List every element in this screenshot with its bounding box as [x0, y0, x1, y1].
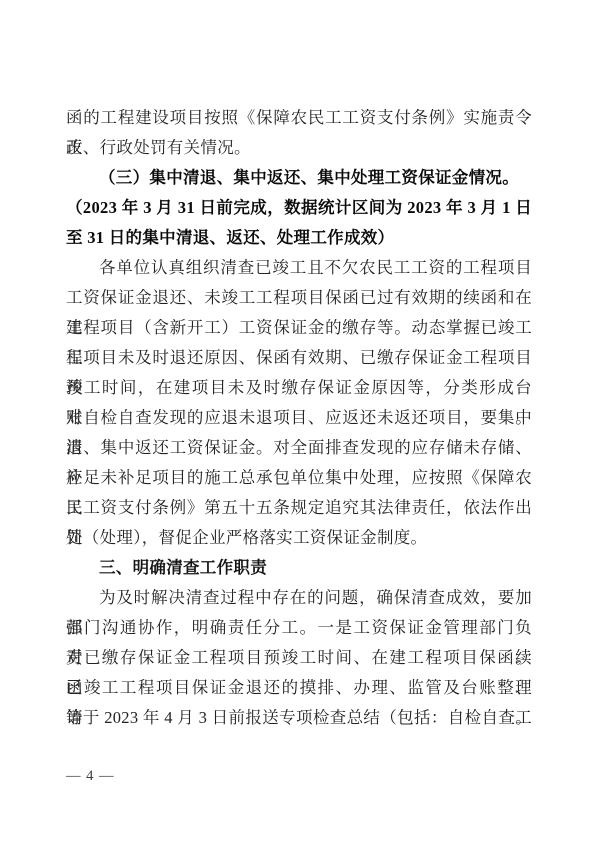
text-line: （2023 年 3 月 31 日前完成，数据统计区间为 2023 年 3 月 1… — [66, 193, 532, 223]
text-line: 部门沟通协作，明确责任分工。一是工资保证金管理部门负责。 — [66, 613, 532, 643]
text-line: （三）集中清退、集中返还、集中处理工资保证金情况。 — [66, 163, 532, 193]
text-line: 工程项目（含新开工）工资保证金的缴存等。动态掌握已竣工工 — [66, 313, 532, 343]
text-line: 程项目未及时退还原因、保函有效期、已缴存保证金工程项目预 — [66, 343, 532, 373]
text-line: 函的工程建设项目按照《保障农民工工资支付条例》实施责令改 — [66, 103, 532, 133]
text-line: 对自检自查发现的应退未退项目、应返还未返还项目，要集中清 — [66, 403, 532, 433]
text-line: 补足未补足项目的施工总承包单位集中处理，应按照《保障农民 — [66, 463, 532, 493]
page-footer: — 4 — — [66, 764, 115, 788]
document-body: 函的工程建设项目按照《保障农民工工资支付条例》实施责令改正、行政处罚有关情况。（… — [66, 103, 532, 733]
text-line: 至 31 日的集中清退、返还、处理工作成效） — [66, 223, 532, 253]
text-line: 已竣工工程项目保证金退还的摸排、办理、监管及台账整理等。 — [66, 673, 532, 703]
page-number: — 4 — — [66, 768, 115, 784]
text-line: 工资保证金退还、未竣工工程项目保函已过有效期的续函和在建 — [66, 283, 532, 313]
section-heading: 三、明确清查工作职责 — [66, 553, 532, 583]
text-line: 工工资支付条例》第五十五条规定追究其法律责任，依法作出处 — [66, 493, 532, 523]
text-line: 竣工时间，在建项目未及时缴存保证金原因等，分类形成台账。 — [66, 373, 532, 403]
text-line: 罚（处理），督促企业严格落实工资保证金制度。 — [66, 523, 532, 553]
text-line: 正、行政处罚有关情况。 — [66, 133, 532, 163]
document-page: 函的工程建设项目按照《保障农民工工资支付条例》实施责令改正、行政处罚有关情况。（… — [0, 0, 600, 853]
text-line: 为及时解决清查过程中存在的问题，确保清查成效，要加强 — [66, 583, 532, 613]
text-line: 各单位认真组织清查已竣工且不欠农民工工资的工程项目 — [66, 253, 532, 283]
text-line: 对已缴存保证金工程项目预竣工时间、在建工程项目保函续函、 — [66, 643, 532, 673]
text-line: 请于 2023 年 4 月 3 日前报送专项检查总结（包括：自检自查工 — [66, 703, 532, 733]
text-line: 退、集中返还工资保证金。对全面排查发现的应存储未存储、应 — [66, 433, 532, 463]
